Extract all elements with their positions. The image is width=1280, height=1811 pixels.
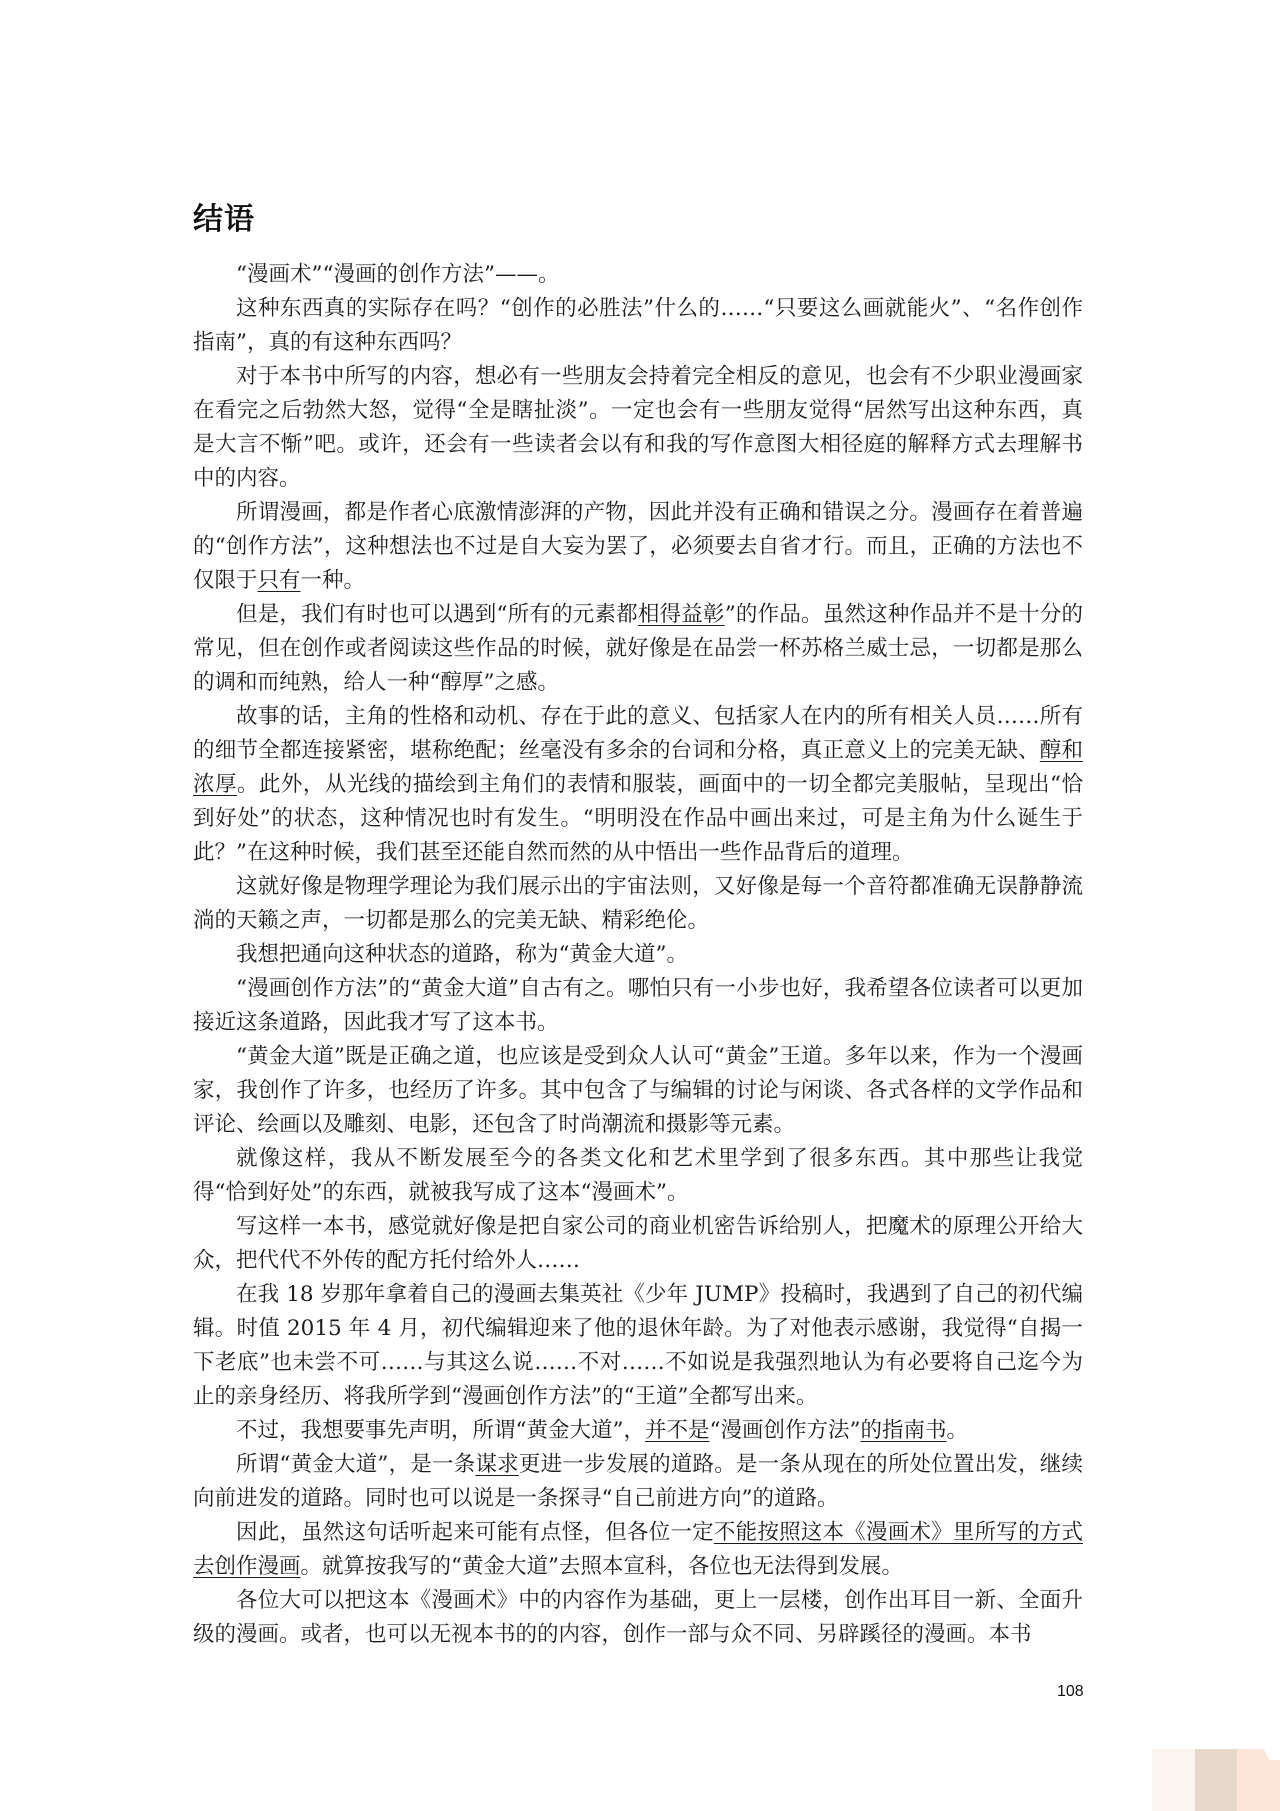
underlined-text: 并不是	[645, 1418, 710, 1443]
paragraph: 故事的话，主角的性格和动机、存在于此的意义、包括家人在内的所有相关人员……所有的…	[193, 700, 1083, 870]
edge-tab-2	[1195, 1749, 1238, 1811]
text-segment: 写这样一本书，感觉就好像是把自家公司的商业机密告诉给别人，把魔术的原理公开给大众…	[193, 1214, 1083, 1273]
paragraph: 这就好像是物理学理论为我们展示出的宇宙法则，又好像是每一个音符都准确无误静静流淌…	[193, 870, 1083, 938]
text-segment: 。	[947, 1418, 969, 1443]
text-segment: “漫画创作方法”	[710, 1418, 861, 1443]
text-segment: 所谓“黄金大道”，是一条	[236, 1452, 475, 1477]
paragraph: “黄金大道”既是正确之道，也应该是受到众人认可“黄金”王道。多年以来，作为一个漫…	[193, 1040, 1083, 1142]
text-segment: “漫画创作方法”的“黄金大道”自古有之。哪怕只有一小步也好，我希望各位读者可以更…	[193, 976, 1083, 1035]
underlined-text: 谋求	[475, 1452, 518, 1477]
paragraph: 这种东西真的实际存在吗？“创作的必胜法”什么的……“只要这么画就能火”、“名作创…	[193, 292, 1083, 360]
paragraph: 我想把通向这种状态的道路，称为“黄金大道”。	[193, 938, 1083, 972]
paragraph: 所谓“黄金大道”，是一条谋求更进一步发展的道路。是一条从现在的所处位置出发，继续…	[193, 1448, 1083, 1516]
book-page: 结语 “漫画术”“漫画的创作方法”——。这种东西真的实际存在吗？“创作的必胜法”…	[0, 0, 1280, 1811]
text-segment: “漫画术”“漫画的创作方法”——。	[236, 262, 559, 287]
paragraph: “漫画术”“漫画的创作方法”——。	[193, 258, 1083, 292]
text-segment: 这种东西真的实际存在吗？“创作的必胜法”什么的……“只要这么画就能火”、“名作创…	[193, 296, 1083, 355]
text-segment: 对于本书中所写的内容，想必有一些朋友会持着完全相反的意见，也会有不少职业漫画家在…	[193, 364, 1083, 491]
text-segment: 但是，我们有时也可以遇到“所有的元素都	[236, 602, 638, 627]
paragraph: 对于本书中所写的内容，想必有一些朋友会持着完全相反的意见，也会有不少职业漫画家在…	[193, 360, 1083, 496]
underlined-text: 只有	[258, 568, 301, 593]
paragraph: 不过，我想要事先声明，所谓“黄金大道”，并不是“漫画创作方法”的指南书。	[193, 1414, 1083, 1448]
text-segment: 各位大可以把这本《漫画术》中的内容作为基础，更上一层楼，创作出耳目一新、全面升级…	[193, 1588, 1083, 1647]
text-segment: 。此外，从光线的描绘到主角们的表情和服装，画面中的一切全都完美服帖，呈现出“恰到…	[193, 772, 1083, 865]
text-segment: 这就好像是物理学理论为我们展示出的宇宙法则，又好像是每一个音符都准确无误静静流淌…	[193, 874, 1083, 933]
text-segment: 。就算按我写的“黄金大道”去照本宣科，各位也无法得到发展。	[301, 1554, 904, 1579]
text-segment: 一种。	[301, 568, 366, 593]
paragraph: 因此，虽然这句话听起来可能有点怪，但各位一定不能按照这本《漫画术》里所写的方式去…	[193, 1516, 1083, 1584]
paragraph: 写这样一本书，感觉就好像是把自家公司的商业机密告诉给别人，把魔术的原理公开给大众…	[193, 1210, 1083, 1278]
edge-tab-3	[1237, 1749, 1280, 1811]
text-segment: 就像这样，我从不断发展至今的各类文化和艺术里学到了很多东西。其中那些让我觉得“恰…	[193, 1146, 1083, 1205]
text-segment: 故事的话，主角的性格和动机、存在于此的意义、包括家人在内的所有相关人员……所有的…	[193, 704, 1083, 763]
paragraph: 各位大可以把这本《漫画术》中的内容作为基础，更上一层楼，创作出耳目一新、全面升级…	[193, 1584, 1083, 1652]
page-number: 108	[1057, 1683, 1084, 1701]
paragraph: 在我 18 岁那年拿着自己的漫画去集英社《少年 JUMP》投稿时，我遇到了自己的…	[193, 1278, 1083, 1414]
body-text: “漫画术”“漫画的创作方法”——。这种东西真的实际存在吗？“创作的必胜法”什么的…	[193, 258, 1083, 1652]
paragraph: 所谓漫画，都是作者心底激情澎湃的产物，因此并没有正确和错误之分。漫画存在着普遍的…	[193, 496, 1083, 598]
text-segment: 因此，虽然这句话听起来可能有点怪，但各位一定	[236, 1520, 714, 1545]
text-segment: 我想把通向这种状态的道路，称为“黄金大道”。	[236, 942, 688, 967]
chapter-title: 结语	[193, 200, 255, 240]
text-segment: 在我 18 岁那年拿着自己的漫画去集英社《少年 JUMP》投稿时，我遇到了自己的…	[193, 1282, 1083, 1409]
paragraph: “漫画创作方法”的“黄金大道”自古有之。哪怕只有一小步也好，我希望各位读者可以更…	[193, 972, 1083, 1040]
text-segment: “黄金大道”既是正确之道，也应该是受到众人认可“黄金”王道。多年以来，作为一个漫…	[193, 1044, 1083, 1137]
text-segment: 不过，我想要事先声明，所谓“黄金大道”，	[236, 1418, 645, 1443]
underlined-text: 的指南书	[861, 1418, 947, 1443]
underlined-text: 相得益彰	[638, 602, 725, 627]
paragraph: 但是，我们有时也可以遇到“所有的元素都相得益彰”的作品。虽然这种作品并不是十分的…	[193, 598, 1083, 700]
page-edge-tabs	[1152, 1749, 1280, 1811]
paragraph: 就像这样，我从不断发展至今的各类文化和艺术里学到了很多东西。其中那些让我觉得“恰…	[193, 1142, 1083, 1210]
edge-tab-1	[1152, 1749, 1195, 1811]
